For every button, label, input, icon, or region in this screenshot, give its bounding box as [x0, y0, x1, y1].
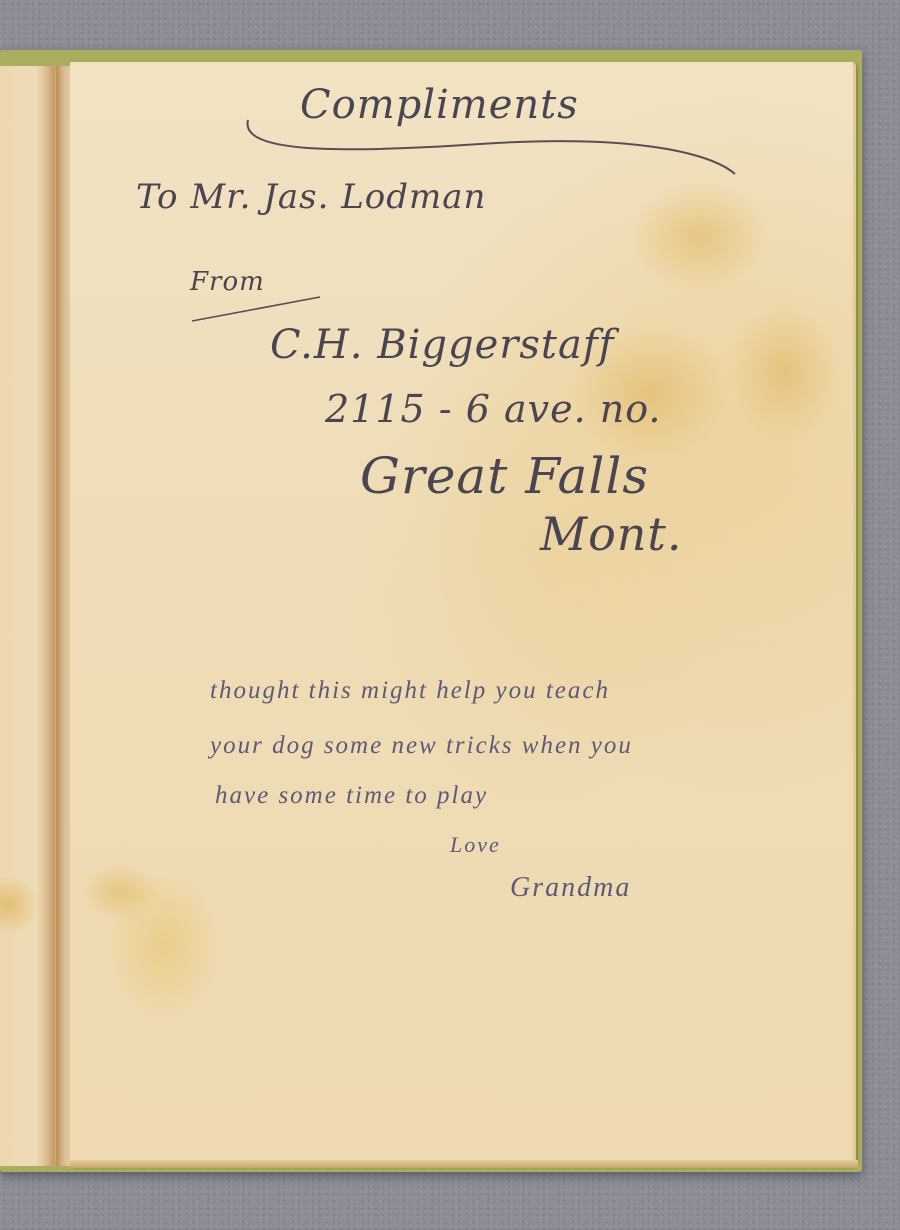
- recipient-line: To Mr. Jas. Lodman: [136, 177, 486, 217]
- note-line-2: your dog some new tricks when you: [210, 732, 633, 760]
- from-underline: [190, 287, 330, 327]
- facing-page-stain: [0, 875, 40, 935]
- photo-scene: Compliments To Mr. Jas. Lodman From C.H.…: [0, 0, 900, 1230]
- note-closing: Love: [450, 832, 501, 858]
- endpaper-page: Compliments To Mr. Jas. Lodman From C.H.…: [70, 62, 856, 1166]
- note-signature: Grandma: [510, 872, 631, 904]
- note-line-3: have some time to play: [215, 782, 488, 810]
- page-bottom-edge: [70, 1160, 858, 1168]
- sender-city: Great Falls: [360, 447, 649, 505]
- heading-flourish: [240, 112, 740, 182]
- sender-name: C.H. Biggerstaff: [270, 322, 614, 368]
- sender-address: 2115 - 6 ave. no.: [325, 387, 662, 431]
- page-stain: [80, 862, 160, 922]
- facing-page: [0, 66, 60, 1166]
- page-stain: [630, 182, 770, 292]
- sender-state: Mont.: [540, 507, 683, 561]
- note-line-1: thought this might help you teach: [210, 677, 610, 705]
- page-stain: [730, 302, 840, 442]
